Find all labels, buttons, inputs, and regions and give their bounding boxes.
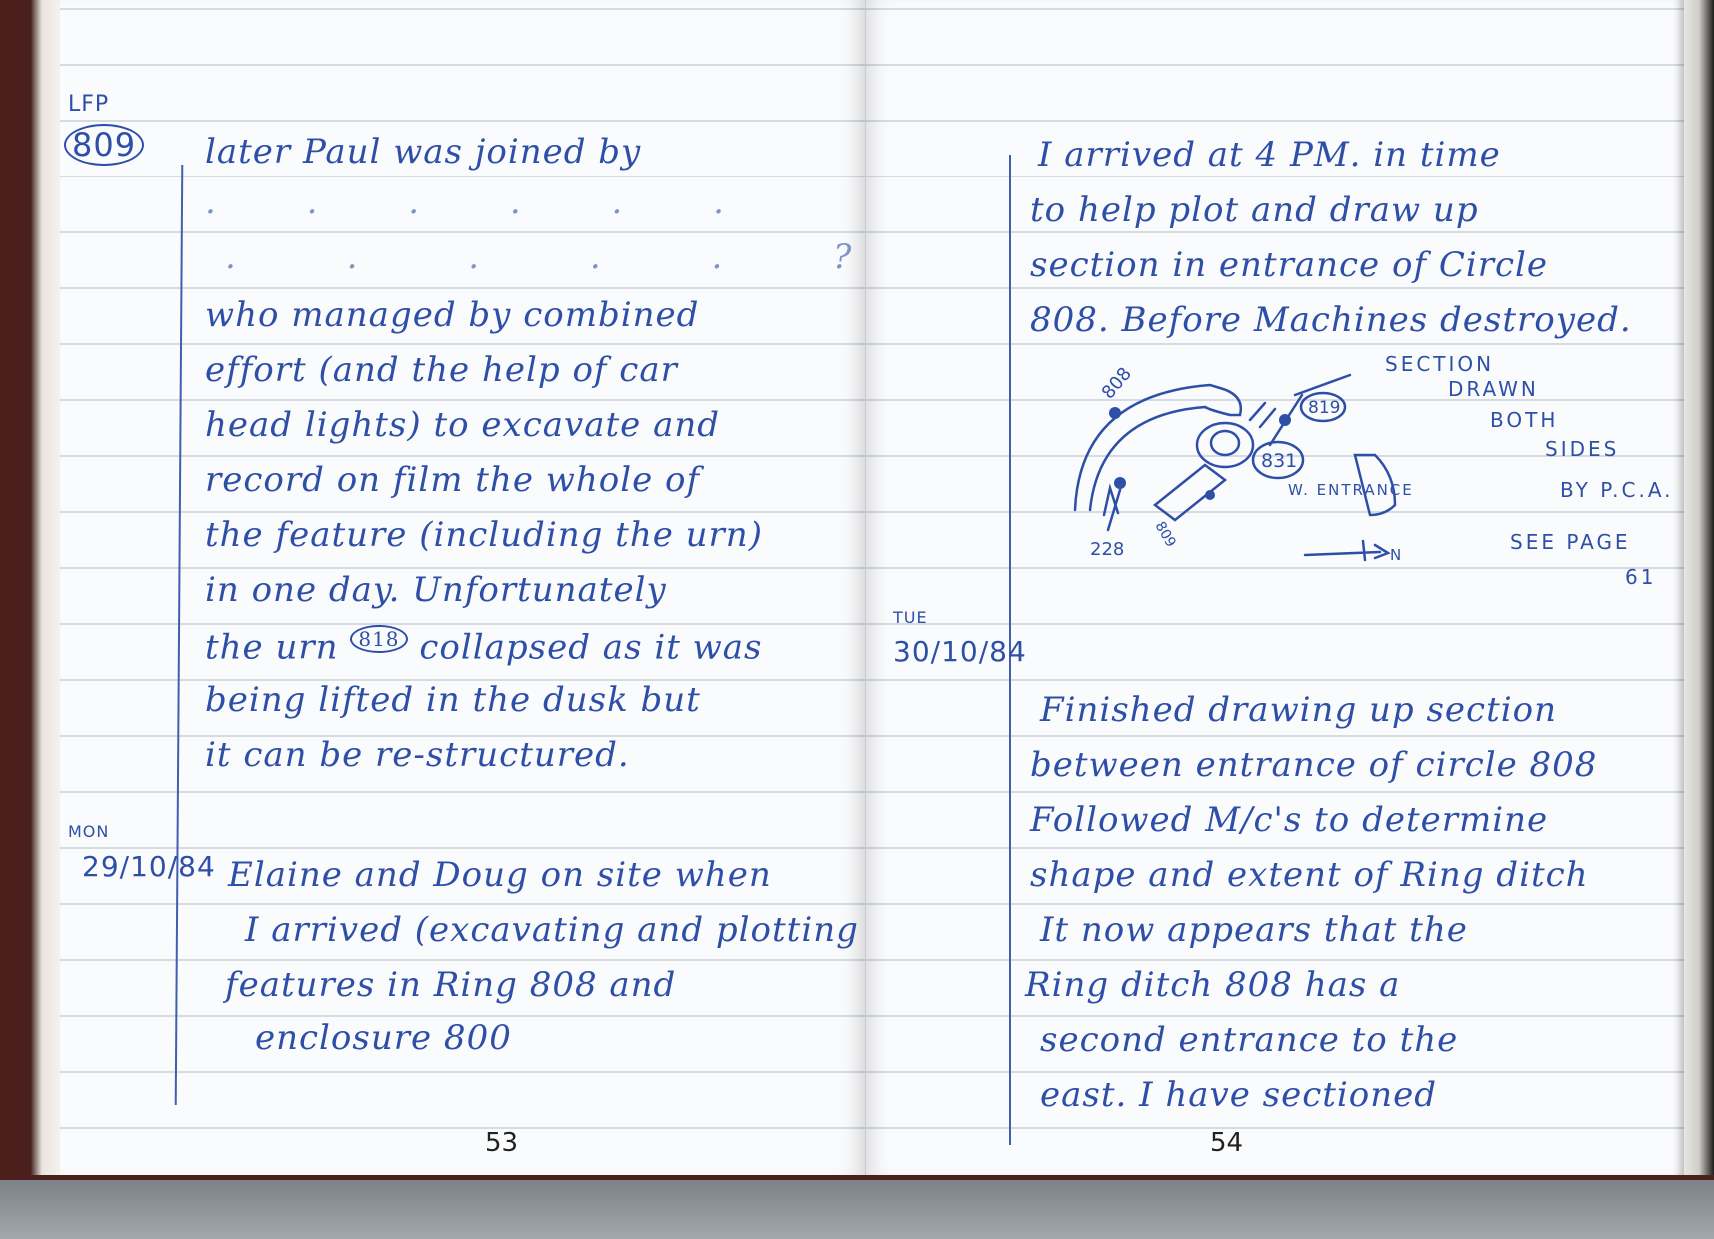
right-day-label: TUE [893, 608, 928, 627]
right-line-1: I arrived at 4 PM. in time [1038, 135, 1501, 175]
right-line-9: It now appears that the [1040, 910, 1468, 950]
sketch-note-2: DRAWN [1448, 377, 1539, 401]
left-page-number: 53 [485, 1128, 518, 1158]
posthole-819-dot [1279, 414, 1291, 426]
posthole-228-dot [1114, 477, 1126, 489]
right-date-label: 30/10/84 [893, 635, 1027, 668]
left-line-11: being lifted in the dusk but [205, 680, 701, 720]
left-line-6: head lights) to excavate and [205, 405, 720, 445]
north-label: N [1390, 546, 1401, 564]
right-line-12: east. I have sectioned [1040, 1075, 1437, 1115]
north-arrow [1305, 541, 1388, 560]
right-line-6: between entrance of circle 808 [1030, 745, 1597, 785]
left-line-8: the feature (including the urn) [205, 515, 763, 555]
sketch-note-3: BOTH [1490, 408, 1558, 432]
left-line-3-illegible: . . . . . ? [225, 237, 901, 277]
left-line-2-illegible: . . . . . . [205, 182, 764, 222]
scanner-background [0, 1180, 1714, 1239]
section-marks [1250, 403, 1275, 427]
urn-prefix: the urn [205, 627, 339, 667]
ring-808-label: 808 [1098, 363, 1136, 403]
right-line-3: section in entrance of Circle [1030, 245, 1548, 285]
left-page-stack-edge [30, 0, 60, 1175]
sketch-note-6: SEE PAGE [1510, 530, 1631, 554]
right-line-2: to help plot and draw up [1030, 190, 1479, 230]
right-line-11: second entrance to the [1040, 1020, 1458, 1060]
left-line-4: who managed by combined [205, 295, 699, 335]
urn-suffix: collapsed as it was [419, 627, 762, 667]
sketch-note-7: 61 [1625, 565, 1656, 589]
left-line-13: Elaine and Doug on site when [228, 855, 772, 895]
sketch-note-1: SECTION [1385, 352, 1494, 376]
feature-809-label: 809 [1152, 519, 1179, 550]
right-line-10: Ring ditch 808 has a [1025, 965, 1400, 1005]
urn-context-circled: 818 [350, 625, 407, 653]
right-page-stack-edge [1684, 0, 1714, 1175]
feature-831-label: 831 [1261, 450, 1297, 472]
feature-pit-outline [1197, 423, 1253, 467]
sketch-note-4: SIDES [1545, 437, 1619, 461]
site-sketch-plan: 808 228 809 819 831 W. ENTRANCE N [1020, 355, 1660, 595]
right-line-5: Finished drawing up section [1040, 690, 1557, 730]
posthole-228-label: 228 [1090, 539, 1124, 560]
site-code-label: LFP [68, 92, 109, 117]
west-entrance-label: W. ENTRANCE [1288, 481, 1414, 499]
feature-819-label: 819 [1308, 398, 1340, 418]
left-line-7: record on film the whole of [205, 460, 700, 500]
right-line-8: shape and extent of Ring ditch [1030, 855, 1589, 895]
left-line-16: enclosure 800 [255, 1018, 512, 1058]
left-line-1: later Paul was joined by [205, 132, 641, 172]
arrow-228 [1104, 488, 1120, 530]
left-line-15: features in Ring 808 and [225, 965, 676, 1005]
left-date-label: 29/10/84 [82, 850, 216, 883]
right-line-4: 808. Before Machines destroyed. [1030, 300, 1632, 340]
right-line-7: Followed M/c's to determine [1030, 800, 1548, 840]
left-line-10: the urn 818 collapsed as it was [205, 625, 763, 667]
context-number-circled: 809 [64, 124, 144, 166]
feature-809-rect [1155, 465, 1225, 520]
left-day-label: MON [68, 822, 109, 841]
ring-ditch-arc [1075, 385, 1241, 510]
context-number-label: 809 [64, 124, 144, 166]
left-line-9: in one day. Unfortunately [205, 570, 667, 610]
right-page-number: 54 [1210, 1128, 1243, 1158]
left-line-5: effort (and the help of car [205, 350, 678, 390]
left-line-12: it can be re-structured. [205, 735, 630, 775]
posthole-dot [1109, 407, 1121, 419]
sketch-note-5: BY P.C.A. [1560, 478, 1674, 502]
left-line-14: I arrived (excavating and plotting [245, 910, 859, 950]
